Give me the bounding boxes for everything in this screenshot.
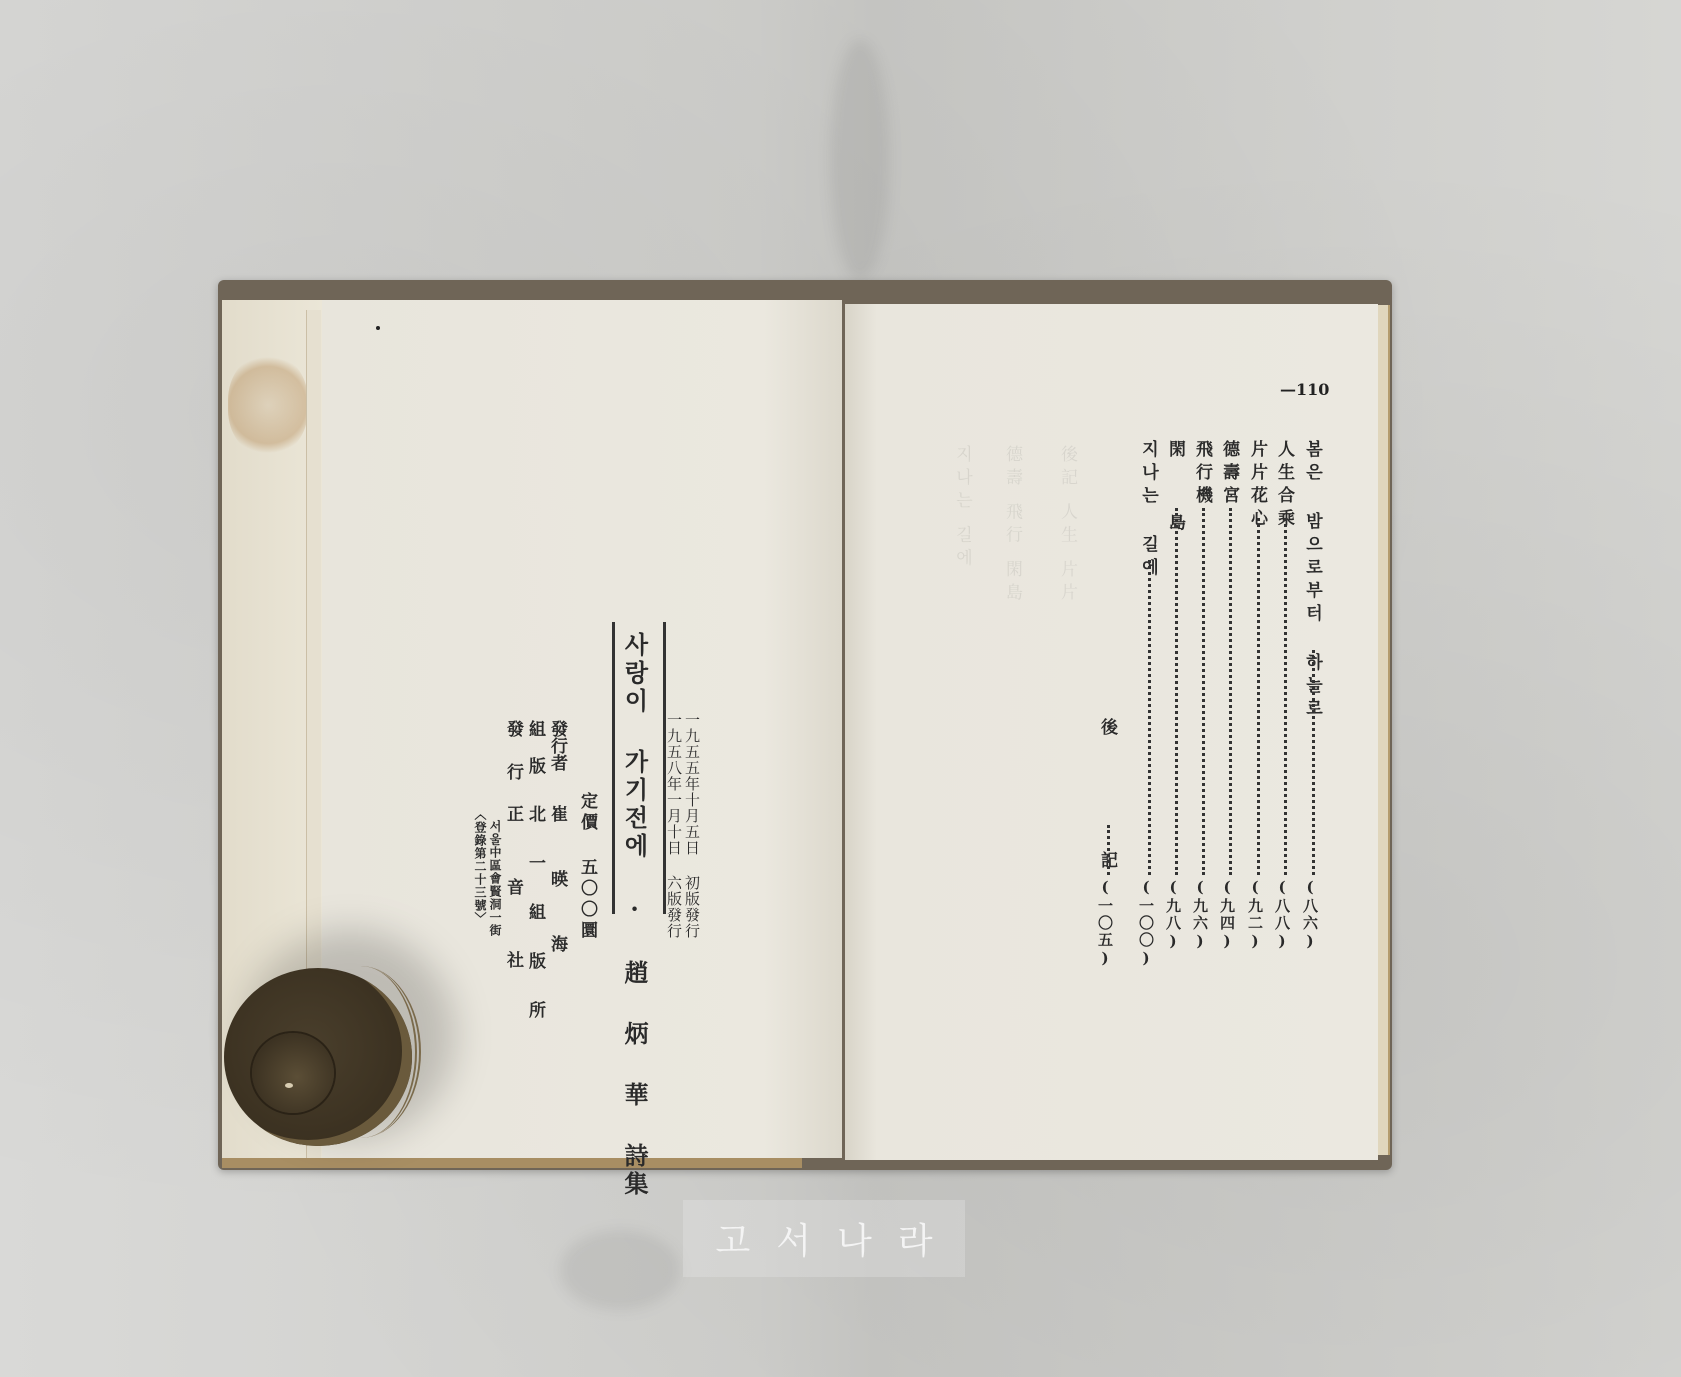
- ink-dot: [376, 326, 380, 330]
- toc-entry-5: 飛行機: [1193, 440, 1210, 509]
- toc-leader-dots: [1257, 518, 1260, 875]
- watermark: 고서나라: [683, 1200, 965, 1277]
- show-through-text: 德壽 飛行 閑島: [1000, 445, 1025, 606]
- toc-page: (九六): [1192, 878, 1207, 952]
- show-through-text: 後記 人生 片片: [1055, 445, 1080, 606]
- page-number: —110: [1280, 380, 1329, 399]
- toc-leader-dots: [1175, 508, 1178, 875]
- weight-knob: [252, 1033, 334, 1113]
- toc-page: (一〇〇): [1138, 878, 1153, 969]
- toc-leader-dots: [1202, 508, 1205, 875]
- toc-page: (九四): [1219, 878, 1234, 952]
- issuer-name: 正 音 社: [504, 805, 521, 986]
- registration-number: 〈登錄第二十三號〉: [474, 808, 486, 925]
- issuer-label: 發行: [504, 720, 521, 806]
- toc-page: (八六): [1302, 878, 1317, 952]
- show-through-text: 지나는 길에: [950, 445, 975, 571]
- toc-leader-dots: [1107, 825, 1110, 875]
- publisher-name: 崔 暎 海: [548, 805, 565, 966]
- toc-leader-dots: [1284, 518, 1287, 875]
- typesetting-name: 北 一 組 版 所: [526, 805, 543, 1024]
- weight-highlight: [285, 1083, 293, 1088]
- toc-title: 飛行機: [1192, 440, 1212, 509]
- foxing-stain: [228, 355, 308, 455]
- book-title: 사랑이 가기전에 · 趙 炳 華 詩集: [622, 632, 646, 1199]
- toc-title: 德壽宮: [1219, 440, 1239, 509]
- toc-leader-dots: [1148, 560, 1151, 875]
- page-fore-edge: [1378, 305, 1390, 1155]
- toc-entry-4: 德壽宮: [1220, 440, 1237, 509]
- typesetting-label: 組版: [526, 720, 543, 794]
- toc-page: (九二): [1247, 878, 1262, 952]
- toc-page: (九八): [1165, 878, 1180, 952]
- publisher-label: 發行者: [548, 720, 565, 771]
- floor-stain: [560, 1230, 680, 1310]
- first-edition-date: 一九五五年十月五日 初版發行: [684, 712, 699, 939]
- sixth-edition-date: 一九五八年一月十日 六版發行: [666, 712, 681, 939]
- cover-bottom-edge: [222, 1158, 802, 1168]
- toc-page: (八八): [1274, 878, 1289, 952]
- toc-page: (一〇五): [1097, 878, 1112, 969]
- price: 定價 五〇〇圜: [578, 792, 595, 942]
- toc-leader-dots: [1229, 508, 1232, 875]
- floor-stain: [830, 40, 890, 280]
- toc-leader-dots: [1312, 650, 1315, 875]
- publisher-address: 서울中區會賢洞一街: [489, 820, 501, 937]
